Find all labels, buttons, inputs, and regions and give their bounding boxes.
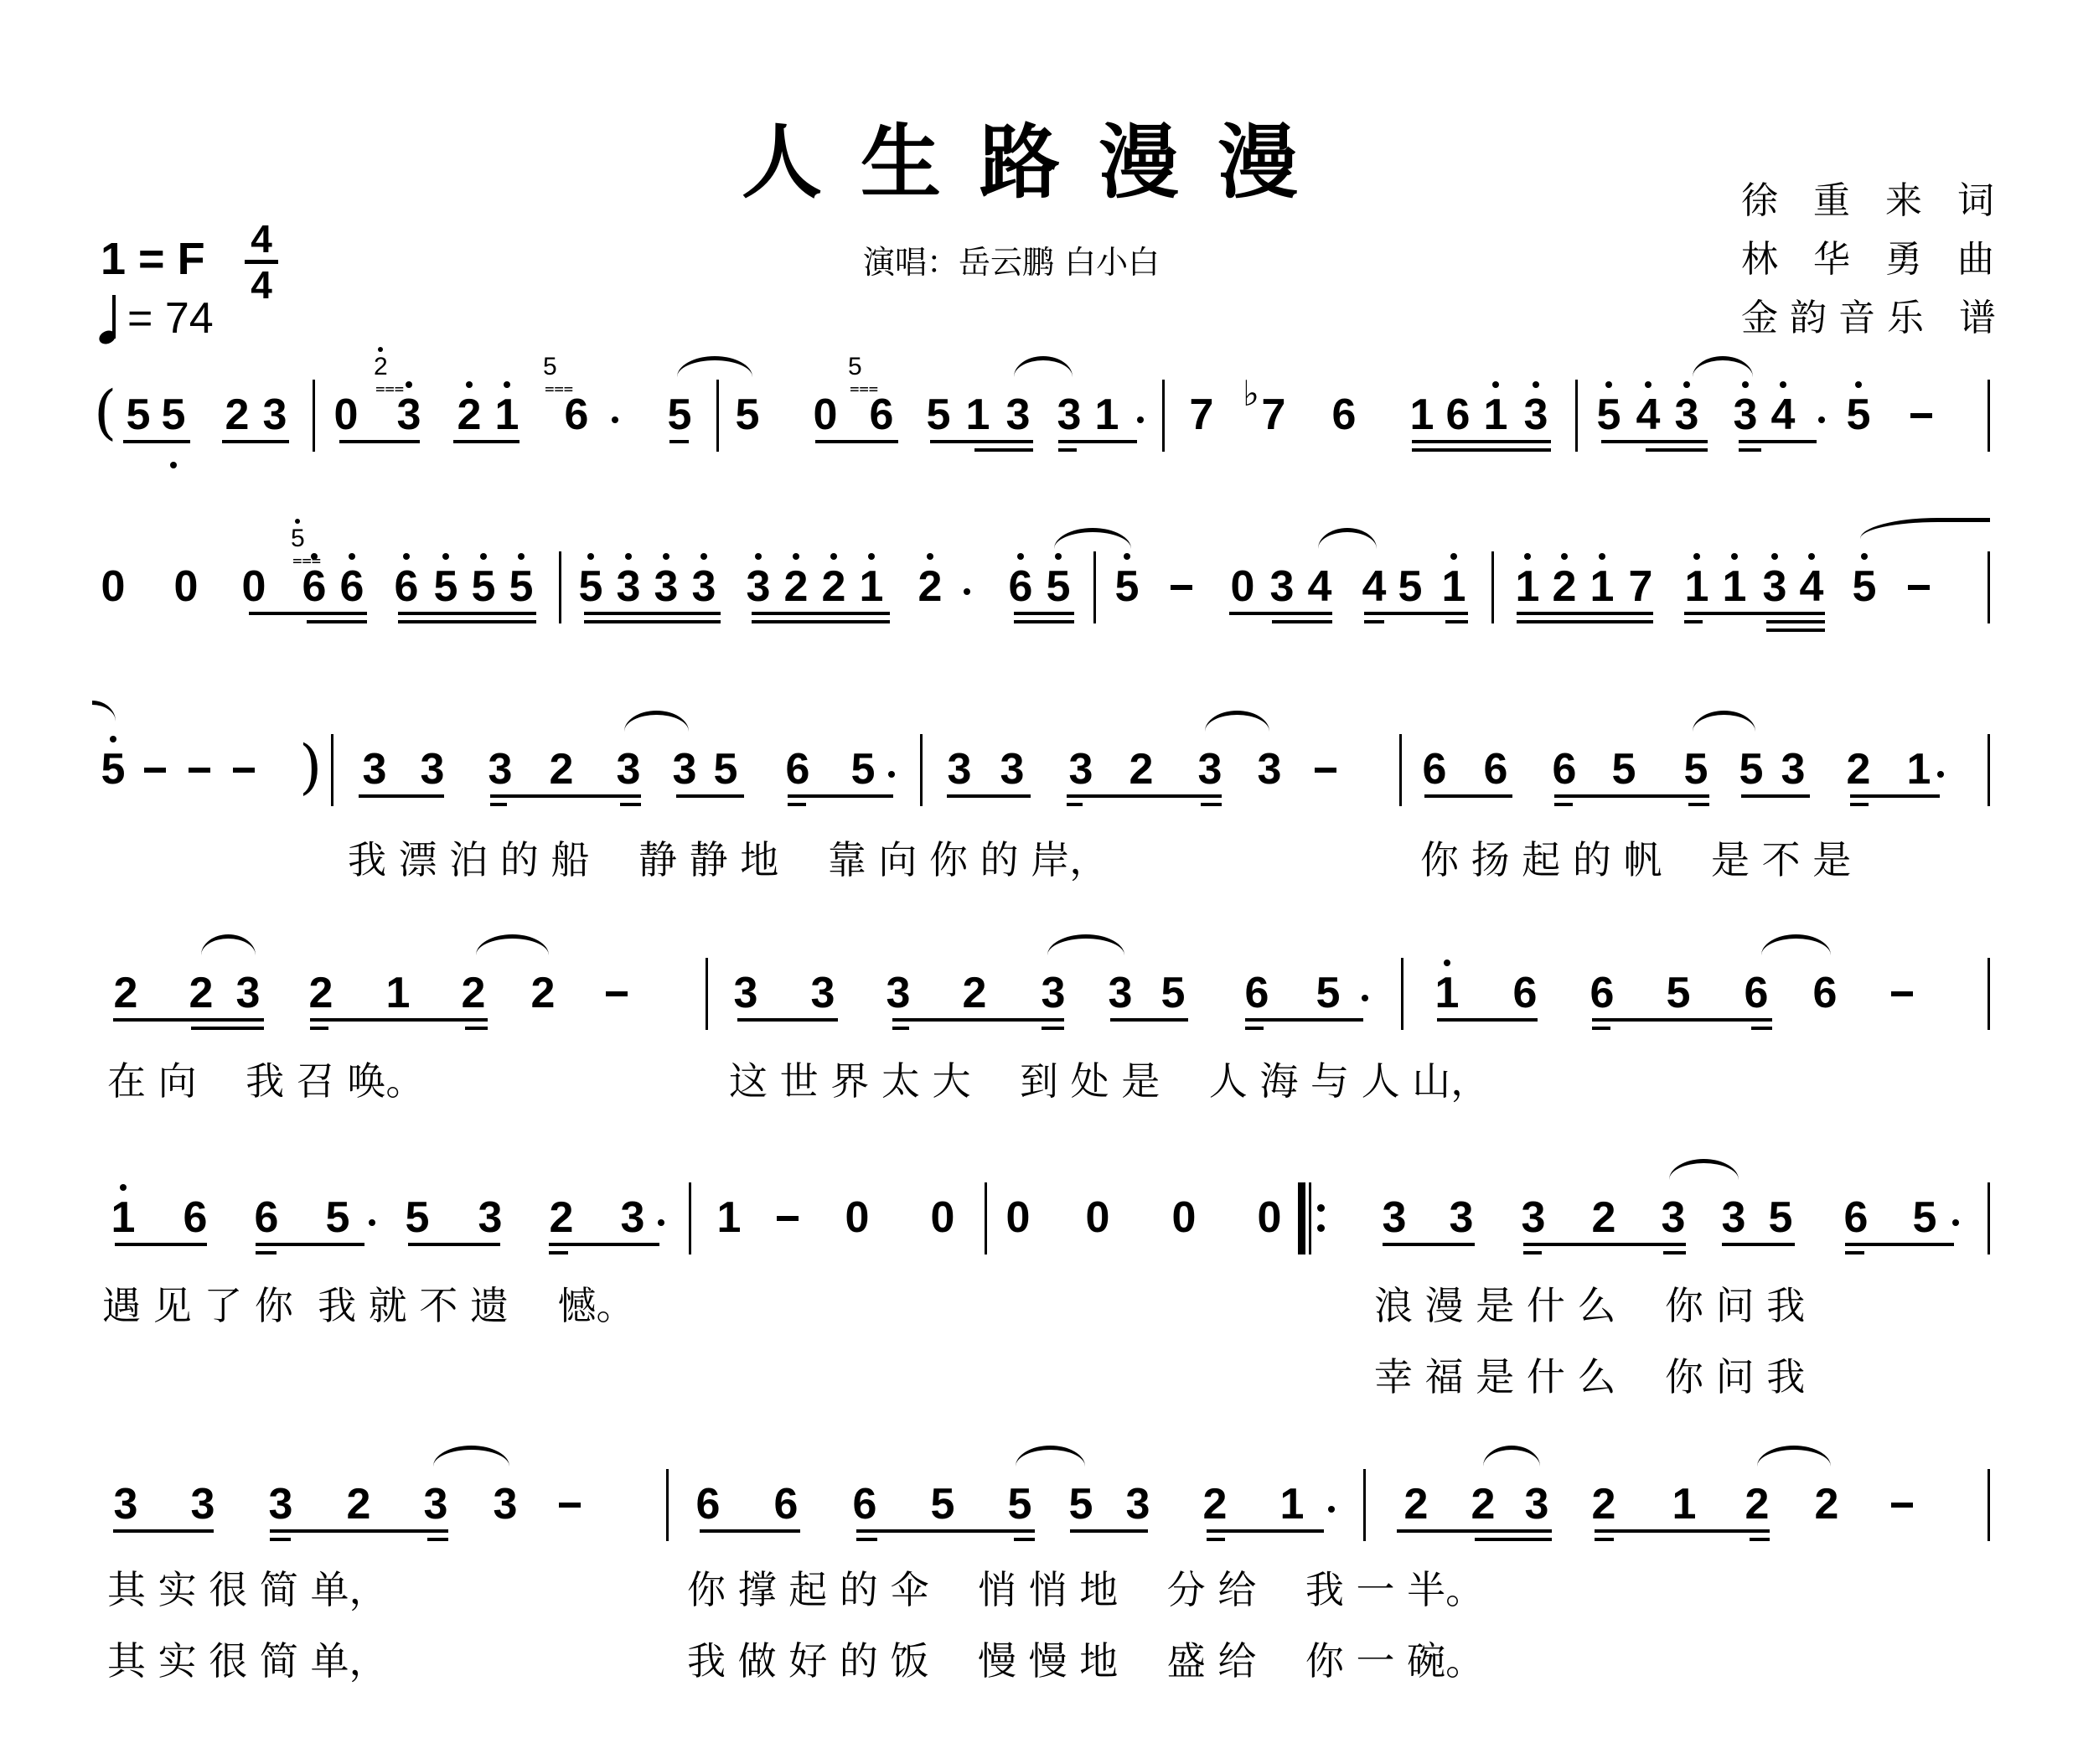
duration-underline	[427, 1538, 448, 1541]
grace-beam-mark: ⩶	[545, 381, 573, 393]
note: 0	[240, 563, 268, 610]
note: 5	[928, 1481, 957, 1528]
duration-underline	[1684, 612, 1825, 615]
duration-underline	[700, 1529, 800, 1533]
augmentation-dot	[612, 416, 618, 423]
barline	[1401, 958, 1403, 1030]
note: 2	[1812, 1481, 1841, 1528]
duration-underline	[584, 620, 721, 623]
duration-underline	[737, 1018, 838, 1022]
note: 6	[772, 1481, 800, 1528]
octave-up-dot	[1524, 553, 1531, 560]
duration-underline	[620, 803, 641, 806]
duration-underline	[398, 612, 536, 615]
duration-underline	[1766, 629, 1825, 632]
repeat-dot	[1317, 1204, 1325, 1212]
grace-beam-mark: ⩶	[850, 381, 878, 393]
octave-up-dot	[295, 519, 300, 524]
note: 5	[849, 746, 877, 793]
note: 6	[1550, 746, 1579, 793]
note: 0	[1004, 1194, 1032, 1241]
duration-underline	[892, 1018, 1064, 1022]
note: 5	[1314, 970, 1342, 1016]
duration-underline	[1592, 1018, 1772, 1022]
grace-beam-mark: ⩶	[375, 381, 404, 393]
note: 2	[1844, 746, 1873, 793]
note: 2	[1201, 1481, 1229, 1528]
tie-slur	[1054, 528, 1131, 549]
barline	[1988, 380, 1990, 452]
note: 1	[493, 391, 521, 438]
note: 5	[1910, 1194, 1939, 1241]
note: 5	[924, 391, 953, 438]
note: 3	[1039, 970, 1067, 1016]
tie-slur	[1047, 934, 1124, 955]
barline	[1988, 734, 1990, 806]
note: 6	[392, 563, 421, 610]
note: 0	[172, 563, 200, 610]
note: 2	[1469, 1481, 1497, 1528]
note: 5	[1737, 746, 1765, 793]
note: 1	[1905, 746, 1933, 793]
extension-dash	[1908, 585, 1930, 590]
octave-up-dot	[1124, 553, 1130, 560]
augmentation-dot	[888, 771, 895, 778]
duration-underline	[310, 1027, 328, 1030]
note: 6	[252, 1194, 281, 1241]
octave-up-dot	[1450, 553, 1457, 560]
duration-underline	[1014, 620, 1074, 623]
duration-underline	[113, 1018, 264, 1022]
duration-underline	[1739, 440, 1817, 443]
note: 0	[1255, 1194, 1284, 1241]
grace-note: 5	[543, 354, 557, 380]
note: 3	[360, 746, 389, 793]
note: 5	[1766, 1194, 1795, 1241]
barline	[1093, 551, 1096, 623]
barline	[1575, 380, 1578, 452]
repeat-dot	[1317, 1224, 1325, 1232]
flat-sign: ♭	[1243, 376, 1259, 411]
note: 5	[124, 391, 152, 438]
note: 0	[928, 1194, 957, 1241]
note: 6	[850, 1481, 879, 1528]
barline	[1988, 1469, 1990, 1541]
note: 5	[1664, 970, 1693, 1016]
note: 3	[614, 563, 643, 610]
note: 5	[1044, 563, 1073, 610]
duration-underline	[584, 612, 721, 615]
note: 0	[99, 563, 127, 610]
note: 6	[694, 1481, 722, 1528]
duration-underline	[947, 794, 1031, 798]
tie-slur	[1693, 356, 1753, 377]
duration-underline	[222, 440, 289, 443]
note: 5	[1159, 970, 1187, 1016]
duration-underline	[856, 1538, 877, 1541]
note: 3	[1196, 746, 1224, 793]
tie-slur	[1761, 934, 1831, 955]
duration-underline	[1058, 440, 1137, 443]
note: 3	[690, 563, 718, 610]
note: 7	[1626, 563, 1655, 610]
barline	[559, 551, 561, 623]
note: 2	[547, 1194, 576, 1241]
note: 3	[945, 746, 974, 793]
octave-up-dot	[378, 347, 383, 352]
note: 4	[1360, 563, 1388, 610]
octave-up-dot	[504, 381, 510, 388]
credits-block: 徐 重 来 词 林 华 勇 曲 金韵音乐 谱	[1741, 172, 2008, 348]
note: 5	[1850, 563, 1879, 610]
note: 3	[614, 746, 643, 793]
note: 3	[1779, 746, 1807, 793]
duration-underline	[815, 440, 898, 443]
duration-underline	[1850, 803, 1869, 806]
note: 3	[266, 1481, 295, 1528]
note: 2	[455, 391, 483, 438]
note: 6	[300, 563, 328, 610]
lyric-line: 在 向 我 召 唤。	[107, 1060, 424, 1102]
extension-dash	[1891, 991, 1913, 996]
note: 0	[811, 391, 840, 438]
note: 1	[384, 970, 412, 1016]
note: 3	[731, 970, 760, 1016]
tempo-marking: = 74	[99, 293, 214, 344]
note: 3	[884, 970, 912, 1016]
octave-up-dot	[466, 381, 473, 388]
note: 3	[1106, 970, 1135, 1016]
lyric-line: 幸 福 是 什 么 你 问 我	[1374, 1356, 1805, 1398]
duration-underline	[490, 794, 641, 798]
duration-underline	[1684, 620, 1703, 623]
note: 1	[857, 563, 886, 610]
note: 6	[1243, 970, 1271, 1016]
octave-up-dot	[1605, 381, 1612, 388]
note: 2	[223, 391, 251, 438]
note: 2	[307, 970, 335, 1016]
augmentation-dot	[658, 1219, 664, 1226]
note: 6	[1588, 970, 1616, 1016]
note: 5	[1682, 746, 1710, 793]
note: 2	[187, 970, 215, 1016]
duration-underline	[1014, 1538, 1035, 1541]
singer-credit: 演唱：岳云鹏 白小白	[863, 236, 1160, 282]
lyric-line: 你 撑 起 的 伞 悄 悄 地 分 给 我 一 半。	[687, 1569, 1484, 1611]
octave-up-dot	[663, 553, 669, 560]
note: 7	[1187, 391, 1216, 438]
duration-underline	[1207, 1529, 1324, 1533]
grace-note: 5	[848, 354, 862, 380]
note: 1	[1278, 1481, 1306, 1528]
duration-underline	[1245, 1027, 1264, 1030]
note: 6	[1811, 970, 1839, 1016]
tie-slur	[1205, 711, 1269, 732]
note: 3	[1672, 391, 1701, 438]
note: 5	[1396, 563, 1424, 610]
duration-underline	[1058, 448, 1077, 452]
note: 1	[1588, 563, 1616, 610]
duration-underline	[307, 620, 367, 623]
note: 0	[332, 391, 360, 438]
note: 4	[1769, 391, 1797, 438]
duration-underline	[752, 620, 890, 623]
barline	[1988, 958, 1990, 1030]
note: 2	[819, 563, 848, 610]
augmentation-dot	[964, 588, 970, 595]
extension-dash	[1315, 768, 1336, 773]
octave-up-dot	[403, 553, 410, 560]
duration-underline	[1517, 612, 1653, 615]
duration-underline	[549, 1243, 659, 1246]
note: 4	[1305, 563, 1334, 610]
augmentation-dot	[1137, 416, 1144, 423]
note: 3	[421, 1481, 450, 1528]
note: 5	[1595, 391, 1623, 438]
octave-up-dot	[406, 381, 412, 388]
duration-underline	[1523, 1243, 1686, 1246]
tie-slur	[433, 1446, 509, 1467]
octave-up-dot	[1645, 381, 1652, 388]
note: 7	[1259, 391, 1288, 438]
note: 3	[1255, 746, 1284, 793]
note: 2	[547, 746, 576, 793]
lyricist-credit: 徐 重 来 词	[1741, 172, 2008, 230]
note: 3	[491, 1481, 519, 1528]
note: 0	[1170, 1194, 1198, 1241]
note: 5	[1113, 563, 1141, 610]
parenthesis-open: (	[94, 383, 116, 442]
duration-underline	[310, 1018, 488, 1022]
barline	[1162, 380, 1165, 452]
note: 2	[1743, 1481, 1771, 1528]
duration-underline	[549, 1251, 568, 1254]
barline	[920, 734, 923, 806]
octave-up-dot	[1017, 553, 1024, 560]
barline	[1988, 551, 1990, 623]
composer-credit: 林 华 勇 曲	[1741, 230, 2008, 289]
barline	[331, 734, 333, 806]
duration-underline	[359, 794, 444, 798]
duration-underline	[249, 612, 367, 615]
note: 5	[432, 563, 460, 610]
note: 3	[744, 563, 773, 610]
octave-up-dot	[110, 736, 116, 742]
note: 2	[344, 1481, 373, 1528]
lyric-line: 我 漂 泊 的 船 静 静 地 靠 向 你 的 岸，	[348, 839, 1108, 881]
duration-underline	[465, 1027, 488, 1030]
note: 6	[783, 746, 812, 793]
note: 3	[476, 1194, 504, 1241]
note: 1	[715, 1194, 743, 1241]
barline	[1988, 1182, 1990, 1254]
duration-underline	[974, 448, 1033, 452]
octave-up-dot	[1855, 381, 1862, 388]
barline	[666, 1469, 669, 1541]
tempo-value: = 74	[127, 294, 214, 343]
note: 3	[809, 970, 837, 1016]
note: 4	[1797, 563, 1826, 610]
note: 2	[529, 970, 557, 1016]
note: 3	[1268, 563, 1296, 610]
duration-underline	[256, 1243, 364, 1246]
octave-up-dot	[755, 553, 762, 560]
octave-up-dot	[1771, 553, 1778, 560]
note: 2	[782, 563, 810, 610]
note: 2	[1550, 563, 1579, 610]
octave-up-dot	[625, 553, 632, 560]
tie-slur	[677, 356, 752, 377]
repeat-start-thick-bar	[1298, 1182, 1305, 1254]
duration-underline	[1722, 1243, 1795, 1246]
extension-dash	[1891, 1503, 1913, 1508]
note: 3	[1447, 1194, 1476, 1241]
note: 3	[618, 1194, 647, 1241]
note: 3	[418, 746, 447, 793]
octave-up-dot	[793, 553, 799, 560]
duration-underline	[1475, 1538, 1552, 1541]
duration-underline	[1688, 803, 1709, 806]
note: 3	[1731, 391, 1760, 438]
octave-up-dot	[587, 553, 594, 560]
octave-down-dot	[170, 462, 177, 468]
augmentation-dot	[1328, 1506, 1335, 1513]
duration-underline	[1601, 440, 1708, 443]
repeat-start-thin-bar	[1309, 1182, 1311, 1254]
note: 2	[459, 970, 488, 1016]
duration-underline	[256, 1251, 277, 1254]
lyric-line: 你 扬 起 的 帆 是 不 是	[1420, 839, 1851, 881]
note: 3	[1522, 1481, 1551, 1528]
note: 3	[1760, 563, 1789, 610]
duration-underline	[676, 794, 744, 798]
barline	[716, 380, 719, 452]
duration-underline	[1592, 1027, 1610, 1030]
note: 3	[1004, 391, 1032, 438]
tie-slur	[1014, 356, 1073, 377]
time-signature: 4 4	[245, 220, 278, 304]
duration-underline	[1445, 620, 1468, 623]
note: 3	[652, 563, 680, 610]
note: 3	[1522, 391, 1550, 438]
lyric-line: 这 世 界 太 大 到 处 是 人 海 与 人 山，	[729, 1060, 1489, 1102]
note: 3	[1719, 1194, 1748, 1241]
tie-slur	[1757, 1446, 1831, 1467]
score-page: 人生路漫漫 演唱：岳云鹏 白小白 徐 重 来 词 林 华 勇 曲 金韵音乐 谱 …	[0, 0, 2078, 1764]
note: 6	[338, 563, 366, 610]
duration-underline	[1595, 1529, 1770, 1533]
note: 3	[111, 1481, 140, 1528]
duration-underline	[788, 794, 893, 798]
octave-up-dot	[1742, 381, 1749, 388]
barline	[689, 1182, 691, 1254]
parenthesis-close: )	[299, 737, 322, 796]
octave-up-dot	[1533, 381, 1539, 388]
note: 3	[486, 746, 514, 793]
tie-slur	[1693, 711, 1755, 732]
duration-underline	[1207, 1538, 1225, 1541]
duration-underline	[1383, 1243, 1475, 1246]
octave-up-dot	[1561, 553, 1568, 560]
duration-underline	[788, 803, 806, 806]
note: 5	[469, 563, 498, 610]
duration-underline	[408, 1243, 500, 1246]
note: 5	[323, 1194, 352, 1241]
barline	[1491, 551, 1494, 623]
octave-up-dot	[927, 553, 933, 560]
extension-dash	[144, 768, 166, 773]
octave-up-dot	[1599, 553, 1605, 560]
note: 1	[964, 391, 992, 438]
note: 5	[159, 391, 188, 438]
tie-slur	[476, 934, 549, 955]
augmentation-dot	[1937, 771, 1944, 778]
duration-underline	[1070, 1529, 1148, 1533]
octave-up-dot	[120, 1184, 127, 1191]
note: 5	[1610, 746, 1638, 793]
duration-underline	[1595, 1538, 1614, 1541]
octave-up-dot	[518, 553, 525, 560]
note: 1	[1093, 391, 1121, 438]
note: 1	[1683, 563, 1711, 610]
note: 6	[562, 391, 591, 438]
duration-underline	[1245, 1018, 1363, 1022]
note: 5	[576, 563, 605, 610]
tie-slur	[624, 711, 689, 732]
barline	[985, 1182, 987, 1254]
note: 2	[1590, 1194, 1618, 1241]
duration-underline	[1741, 794, 1810, 798]
lyric-line: 其 实 很 简 单，	[107, 1569, 388, 1611]
note: 0	[843, 1194, 871, 1241]
duration-underline	[1523, 1251, 1542, 1254]
duration-underline	[490, 803, 507, 806]
note: 2	[1590, 1481, 1618, 1528]
grace-beam-mark: ⩶	[292, 553, 321, 565]
note: 5	[1067, 1481, 1095, 1528]
octave-up-dot	[1808, 553, 1815, 560]
octave-up-dot	[1055, 553, 1062, 560]
duration-underline	[1646, 448, 1708, 452]
duration-underline	[1229, 612, 1332, 615]
duration-underline	[1845, 1251, 1864, 1254]
note: 2	[960, 970, 989, 1016]
barline	[313, 380, 315, 452]
duration-underline	[1751, 1027, 1772, 1030]
augmentation-dot	[1952, 1219, 1959, 1226]
lyric-line: 其 实 很 简 单，	[107, 1640, 388, 1682]
note: 5	[403, 1194, 432, 1241]
duration-underline	[339, 440, 420, 443]
tie-slur	[92, 701, 116, 722]
note: 2	[1402, 1481, 1430, 1528]
note: 6	[1330, 391, 1358, 438]
duration-underline	[669, 440, 689, 443]
note: 6	[1444, 391, 1472, 438]
note: 6	[1006, 563, 1035, 610]
extension-dash	[1171, 585, 1192, 590]
lyric-line: 浪 漫 是 什 么 你 问 我	[1374, 1285, 1805, 1327]
duration-underline	[752, 612, 890, 615]
tie-slur	[201, 934, 256, 955]
barline	[1363, 1469, 1366, 1541]
note: 6	[867, 391, 896, 438]
note: 6	[1511, 970, 1539, 1016]
note: 3	[998, 746, 1026, 793]
duration-underline	[1412, 440, 1551, 443]
note: 4	[1634, 391, 1662, 438]
extension-dash	[189, 768, 210, 773]
